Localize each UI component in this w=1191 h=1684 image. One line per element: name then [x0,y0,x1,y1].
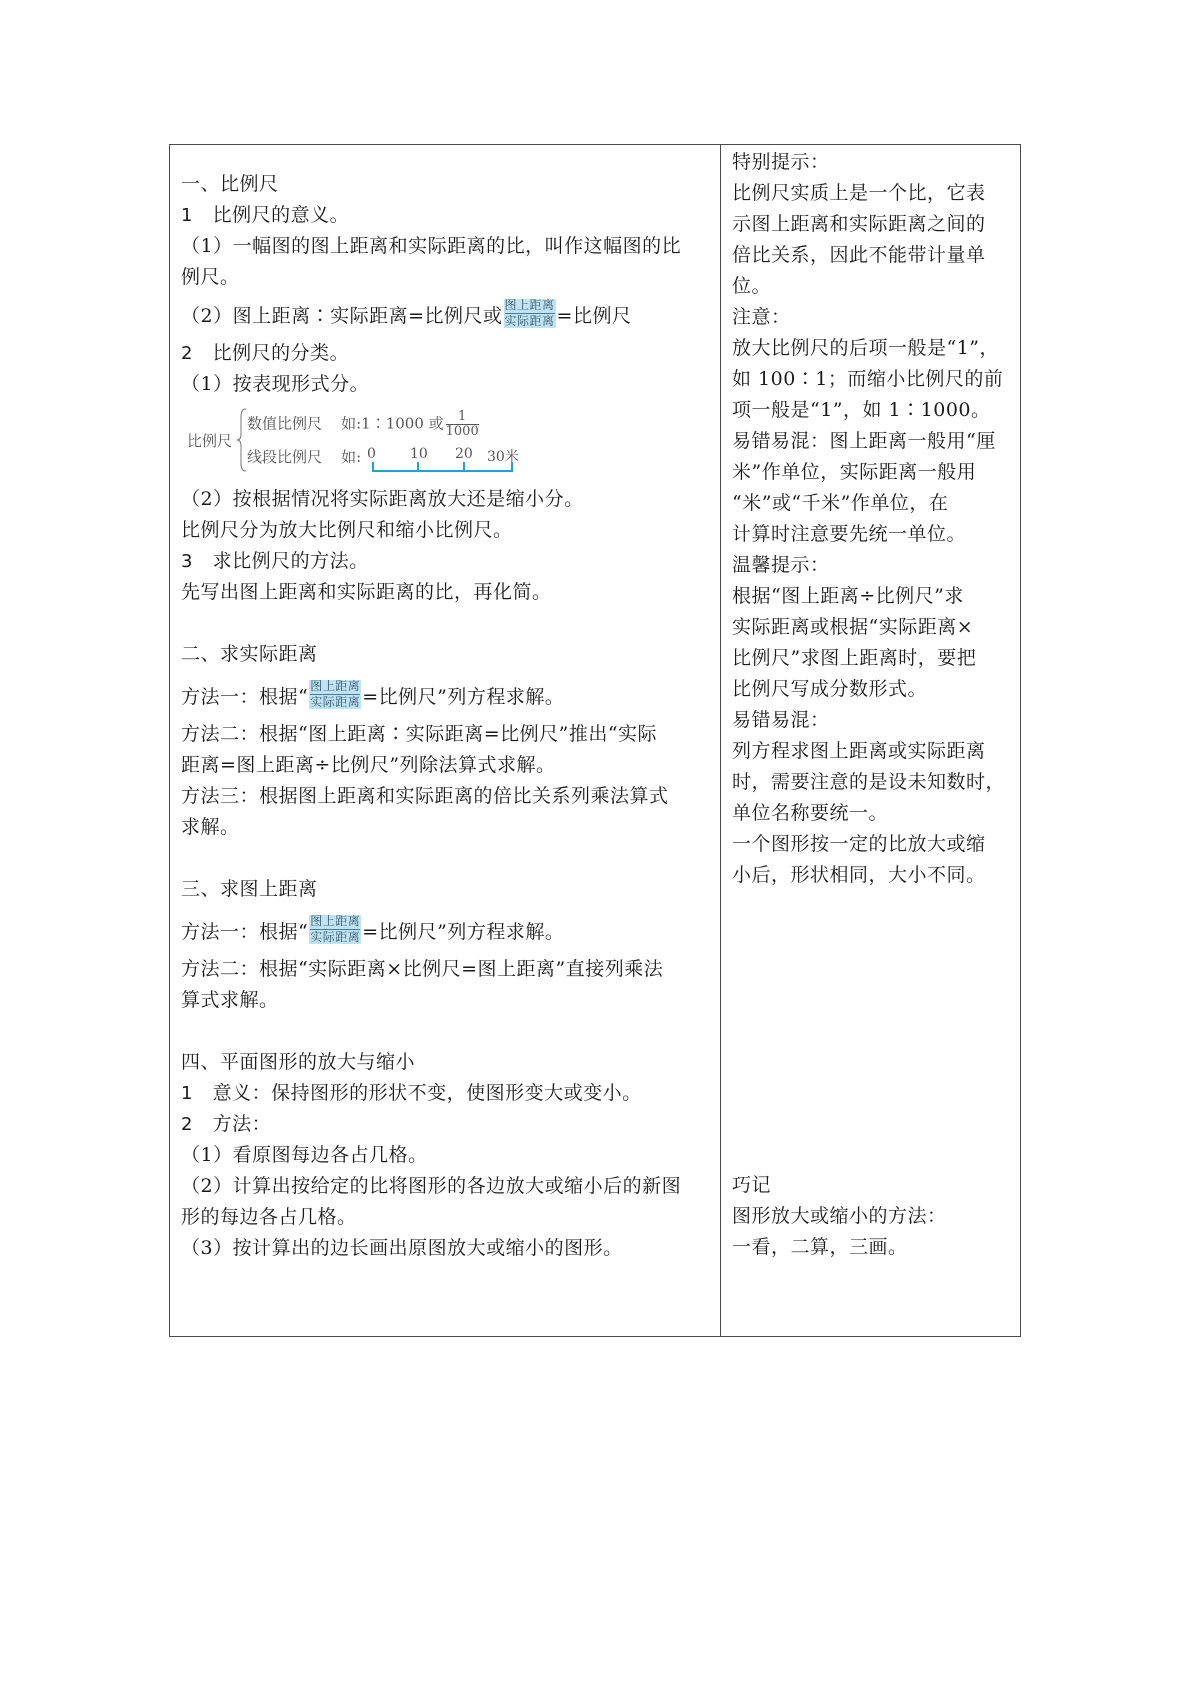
paragraph: 距离=图上距离÷比例尺”列除法算式求解。 [181,750,712,781]
tip-memo: 巧记 图形放大或缩小的方法： 一看，二算，三画。 [732,1170,947,1263]
paragraph: （3）按计算出的边长画出原图放大或缩小的图形。 [181,1233,712,1264]
fraction: 11000 [446,410,479,439]
section-title-enlarge-reduce: 四、平面图形的放大与缩小 [181,1047,712,1078]
tip-title: 特别提示： [732,147,1005,178]
paragraph: （1）按表现形式分。 [181,369,712,400]
paragraph: 例尺。 [181,262,712,293]
paragraph: 方法二：根据“实际距离×比例尺=图上距离”直接列乘法 [181,954,712,985]
tip-special: 特别提示： 比例尺实质上是一个比，它表 示图上距离和实际距离之间的 倍比关系，因… [732,147,1005,891]
fraction-highlight: 图上距离实际距离 [309,915,361,944]
list-item: 3 求比例尺的方法。 [181,546,712,577]
tip-title: 注意： [732,302,1005,333]
paragraph: 形的每边各占几格。 [181,1202,712,1233]
formula-line: 方法一：根据“图上距离实际距离=比例尺”列方程求解。 [181,682,712,713]
paragraph: 算式求解。 [181,985,712,1016]
list-item: 2 方法： [181,1109,712,1140]
tip-title: 易错易混： [732,705,1005,736]
list-item: 1 意义：保持图形的形状不变，使图形变大或变小。 [181,1078,712,1109]
section-title-map-distance: 三、求图上距离 [181,874,712,905]
numeric-scale-row: 数值比例尺 如:1∶1000 或11000 [247,410,479,439]
section-title-scale: 一、比例尺 [181,169,712,200]
notes-table: 一、比例尺 1 比例尺的意义。 （1）一幅图的图上距离和实际距离的比，叫作这幅图… [169,144,1021,1337]
brace-icon [237,408,247,472]
tip-title: 巧记 [732,1170,947,1201]
section-title-actual-distance: 二、求实际距离 [181,639,712,670]
line-scale-row: 线段比例尺 如: [247,446,361,467]
paragraph: （2）计算出按给定的比将图形的各边放大或缩小后的新图 [181,1171,712,1202]
paragraph: （2）按根据情况将实际距离放大还是缩小分。 [181,484,712,515]
paragraph: 比例尺分为放大比例尺和缩小比例尺。 [181,515,712,546]
main-content-column: 一、比例尺 1 比例尺的意义。 （1）一幅图的图上距离和实际距离的比，叫作这幅图… [170,145,721,1336]
paragraph: 先写出图上距离和实际距离的比，再化简。 [181,577,712,608]
fraction-highlight: 图上距离实际距离 [309,680,361,709]
formula-line: 方法一：根据“图上距离实际距离=比例尺”列方程求解。 [181,917,712,948]
list-item: 2 比例尺的分类。 [181,338,712,369]
line-scale-bar [372,462,513,472]
tips-column: 特别提示： 比例尺实质上是一个比，它表 示图上距离和实际距离之间的 倍比关系，因… [721,145,1020,1336]
paragraph: 方法二：根据“图上距离∶实际距离=比例尺”推出“实际 [181,719,712,750]
list-item: 1 比例尺的意义。 [181,200,712,231]
paragraph: 方法三：根据图上距离和实际距离的倍比关系列乘法算式 [181,781,712,812]
tip-title: 温馨提示： [732,550,1005,581]
fraction-highlight: 图上距离实际距离 [504,299,556,328]
paragraph: （1）一幅图的图上距离和实际距离的比，叫作这幅图的比 [181,231,712,262]
paragraph: 求解。 [181,812,712,843]
paragraph: （1）看原图每边各占几格。 [181,1140,712,1171]
formula-line: （2）图上距离∶实际距离=比例尺或图上距离实际距离=比例尺 [181,301,712,332]
diagram-root-label: 比例尺 [187,430,232,451]
scale-classification-diagram: 比例尺 数值比例尺 如:1∶1000 或11000 线段比例尺 如: 0 10 … [181,404,712,482]
